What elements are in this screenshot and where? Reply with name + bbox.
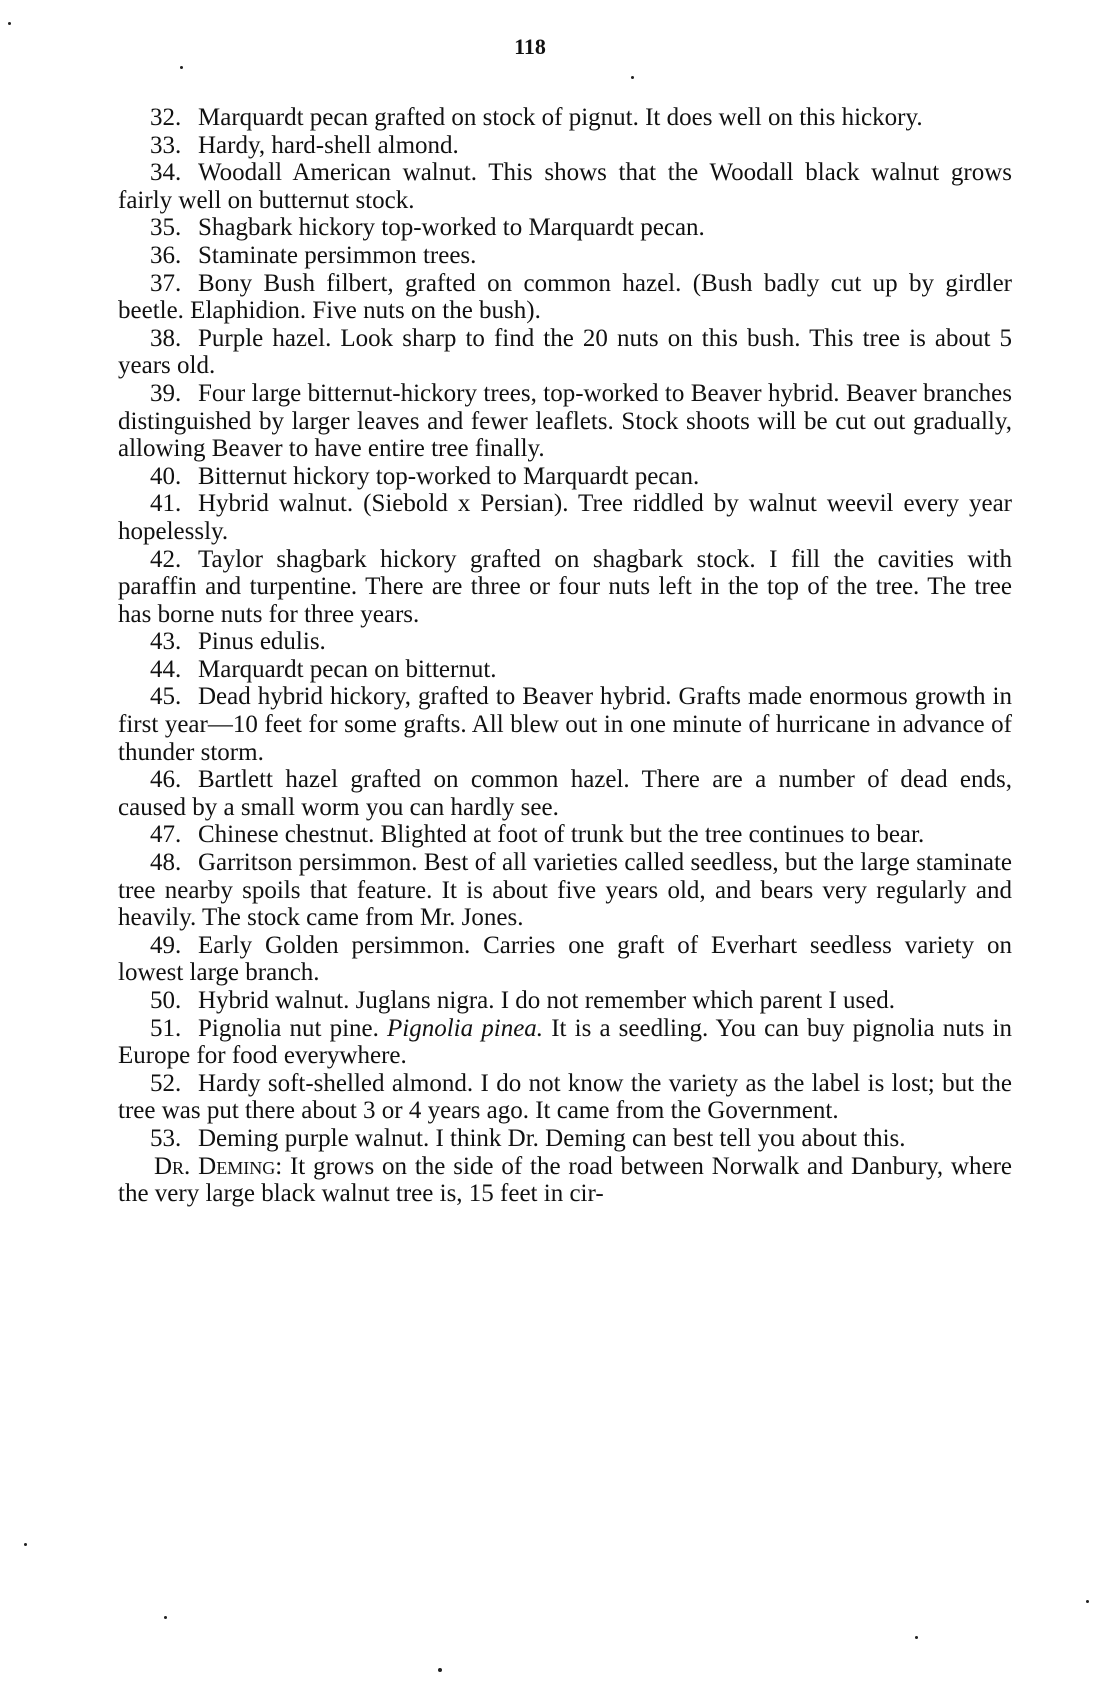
entry-number: 32. bbox=[150, 104, 198, 132]
entry-text: Purple hazel. Look sharp to find the 20 … bbox=[118, 325, 1012, 380]
entry-number: 49. bbox=[150, 932, 198, 960]
entry-text: Pignolia nut pine. bbox=[198, 1015, 387, 1042]
entry-number: 42. bbox=[150, 546, 198, 574]
scan-speck bbox=[915, 1636, 918, 1639]
entry-51: 51.Pignolia nut pine. Pignolia pinea. It… bbox=[118, 1015, 1012, 1070]
entry-text: Deming purple walnut. I think Dr. Deming… bbox=[198, 1125, 906, 1152]
entry-36: 36.Staminate persimmon trees. bbox=[118, 242, 1012, 270]
entry-number: 38. bbox=[150, 325, 198, 353]
entry-text: Taylor shagbark hickory grafted on shagb… bbox=[118, 546, 1012, 628]
entry-number: 51. bbox=[150, 1015, 198, 1043]
entry-52: 52.Hardy soft-shelled almond. I do not k… bbox=[118, 1070, 1012, 1125]
entry-50: 50.Hybrid walnut. Juglans nigra. I do no… bbox=[118, 987, 1012, 1015]
entry-number: 35. bbox=[150, 214, 198, 242]
entry-number: 47. bbox=[150, 821, 198, 849]
entry-text: Shagbark hickory top-worked to Marquardt… bbox=[198, 214, 705, 241]
page-number: 118 bbox=[0, 34, 1060, 60]
scan-speck bbox=[8, 22, 11, 25]
entry-number: 39. bbox=[150, 380, 198, 408]
entry-number: 45. bbox=[150, 683, 198, 711]
entry-42: 42.Taylor shagbark hickory grafted on sh… bbox=[118, 546, 1012, 629]
entry-text: Woodall American walnut. This shows that… bbox=[118, 159, 1012, 214]
entry-text: Garritson persimmon. Best of all varieti… bbox=[118, 849, 1012, 931]
entry-text: Early Golden persimmon. Carries one graf… bbox=[118, 932, 1012, 987]
scan-speck bbox=[1086, 1600, 1089, 1603]
entry-number: 40. bbox=[150, 463, 198, 491]
scan-speck bbox=[631, 76, 634, 79]
entry-33: 33.Hardy, hard-shell almond. bbox=[118, 132, 1012, 160]
entry-number: 36. bbox=[150, 242, 198, 270]
entry-text: Hybrid walnut. Juglans nigra. I do not r… bbox=[198, 987, 895, 1014]
entry-46: 46.Bartlett hazel grafted on common haze… bbox=[118, 766, 1012, 821]
entry-text: Hardy, hard-shell almond. bbox=[198, 132, 459, 159]
entry-text: Staminate persimmon trees. bbox=[198, 242, 476, 269]
entry-47: 47.Chinese chestnut. Blighted at foot of… bbox=[118, 821, 1012, 849]
entry-41: 41.Hybrid walnut. (Siebold x Persian). T… bbox=[118, 490, 1012, 545]
entry-number: 44. bbox=[150, 656, 198, 684]
entry-43: 43.Pinus edulis. bbox=[118, 628, 1012, 656]
entry-number: 52. bbox=[150, 1070, 198, 1098]
entry-text: Bartlett hazel grafted on common hazel. … bbox=[118, 766, 1012, 821]
entry-text: Four large bitternut-hickory trees, top-… bbox=[118, 380, 1012, 462]
entry-number: 34. bbox=[150, 159, 198, 187]
entry-text: Marquardt pecan grafted on stock of pign… bbox=[198, 104, 923, 131]
entry-40: 40.Bitternut hickory top-worked to Marqu… bbox=[118, 463, 1012, 491]
entry-48: 48.Garritson persimmon. Best of all vari… bbox=[118, 849, 1012, 932]
entry-38: 38.Purple hazel. Look sharp to find the … bbox=[118, 325, 1012, 380]
entry-text: Dead hybrid hickory, grafted to Beaver h… bbox=[118, 683, 1012, 765]
entry-37: 37.Bony Bush filbert, grafted on common … bbox=[118, 270, 1012, 325]
scan-speck bbox=[164, 1616, 167, 1619]
entry-text: Bitternut hickory top-worked to Marquard… bbox=[198, 463, 699, 490]
entry-number: 33. bbox=[150, 132, 198, 160]
entry-35: 35.Shagbark hickory top-worked to Marqua… bbox=[118, 214, 1012, 242]
entry-number: 41. bbox=[150, 490, 198, 518]
entry-text: Chinese chestnut. Blighted at foot of tr… bbox=[198, 821, 924, 848]
entry-45: 45.Dead hybrid hickory, grafted to Beave… bbox=[118, 683, 1012, 766]
scan-speck bbox=[438, 1668, 442, 1672]
entry-text: Bony Bush filbert, grafted on common haz… bbox=[118, 270, 1012, 325]
entry-number: 46. bbox=[150, 766, 198, 794]
entry-text: Hybrid walnut. (Siebold x Persian). Tree… bbox=[118, 490, 1012, 545]
body-text: 32.Marquardt pecan grafted on stock of p… bbox=[118, 104, 1012, 1208]
entry-49: 49.Early Golden persimmon. Carries one g… bbox=[118, 932, 1012, 987]
entry-text: Hardy soft-shelled almond. I do not know… bbox=[118, 1070, 1012, 1125]
entry-number: 37. bbox=[150, 270, 198, 298]
entry-text: Marquardt pecan on bitternut. bbox=[198, 656, 497, 683]
entry-32: 32.Marquardt pecan grafted on stock of p… bbox=[118, 104, 1012, 132]
entry-number: 50. bbox=[150, 987, 198, 1015]
scan-speck bbox=[24, 1543, 27, 1546]
entry-39: 39.Four large bitternut-hickory trees, t… bbox=[118, 380, 1012, 463]
entry-44: 44.Marquardt pecan on bitternut. bbox=[118, 656, 1012, 684]
scan-speck bbox=[180, 66, 183, 69]
species-name: Pignolia pinea. bbox=[387, 1015, 543, 1042]
entry-number: 43. bbox=[150, 628, 198, 656]
entry-number: 53. bbox=[150, 1125, 198, 1153]
entry-text: Pinus edulis. bbox=[198, 628, 326, 655]
speaker-name: Dr. Deming: bbox=[154, 1153, 282, 1180]
speech-paragraph: Dr. Deming: It grows on the side of the … bbox=[118, 1153, 1012, 1208]
entry-number: 48. bbox=[150, 849, 198, 877]
entry-34: 34.Woodall American walnut. This shows t… bbox=[118, 159, 1012, 214]
entry-53: 53.Deming purple walnut. I think Dr. Dem… bbox=[118, 1125, 1012, 1153]
